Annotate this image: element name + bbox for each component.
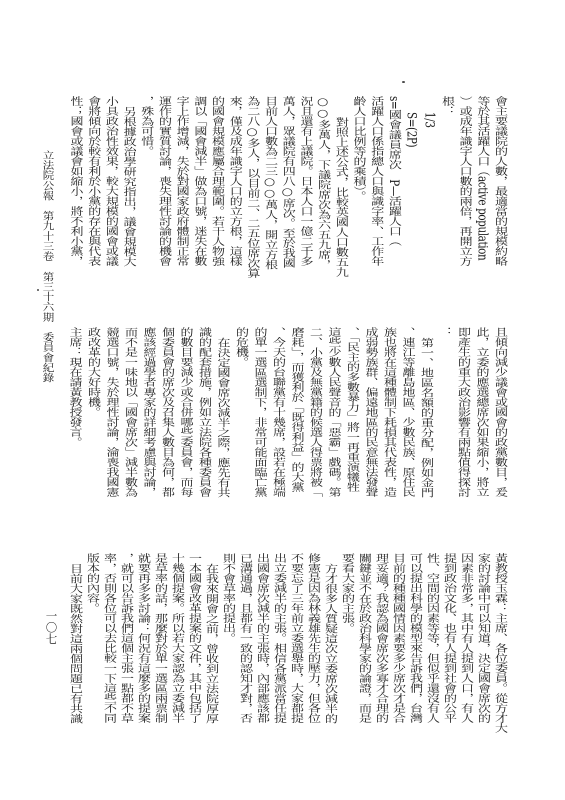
scan-noise-dot: [37, 289, 39, 291]
text-column: 性；國會或議會如縮小，將不利小黨，: [64, 96, 82, 324]
lower-text-band: 黃教授玉霖：主席、各位委員。從方才大家的討論中可以知道，決定國會席次的因素非常多…: [62, 553, 506, 775]
text-column: ，就可以告訴我們這個主張一點都不草: [115, 553, 132, 781]
page-number: 一〇七: [45, 610, 57, 645]
text-column: 率，否則各位可以去比較一下這些不同: [98, 553, 115, 781]
text-column: 萬人，眾議院有四八○席次。至於我國: [276, 96, 294, 324]
upper-text-band: 會主要議院的人數，最適當的規模約略等於其活躍人口（active populati…: [62, 96, 506, 308]
text-column: 不要忘了三年前立委選舉時，大家都提: [285, 553, 302, 781]
text-column: 1/3: [418, 96, 436, 340]
text-column: ）或成年識字人口數的兩倍，再開立方: [453, 96, 471, 324]
text-column: 的國會規模應屬合理範圍。若干人物強: [205, 96, 223, 324]
text-column: 提到政治文化、也有人提到社會的公平: [438, 553, 455, 781]
text-column: 字上作增減，失於對國家政府體制正常: [170, 96, 188, 324]
text-column: 則不會草率的提出。: [217, 553, 234, 781]
text-column: 可以提出科學的模型來告訴我們，台灣: [404, 553, 421, 781]
text-column: 齡人口比例等的乘積）。: [347, 96, 365, 324]
text-column: 、「民主的多數暴力」將一再重演犧牲: [340, 327, 359, 555]
text-column: 小具政治性效果，較大規模的國會或議: [99, 96, 117, 324]
text-column: 應該經過學者專家的詳細考慮與討論，: [136, 327, 155, 555]
text-column: 而不是一味地以「國會席次」減半數為: [118, 327, 137, 555]
text-column: 磨耗」，而獲利於「既得利益」的大黨: [284, 327, 303, 555]
text-column: 第一、地區名額的重分配，例如金門: [414, 327, 433, 565]
text-column: 來，僅及成年識字人口的立方根，這樣: [223, 96, 241, 324]
text-column: 理妥適？我認為國會席次多寡才合理的: [370, 553, 387, 781]
text-column: 因素非常多，其中有人提到人口，有人: [455, 553, 472, 781]
text-column: 且傾向減少議會或國會的政黨數目，爰: [488, 327, 507, 555]
text-column: 調以「國會減半」做為口號，迷失在數: [188, 96, 206, 324]
text-column: 已溝通過，且都有一致的認知才對，否: [234, 553, 251, 781]
text-column: 方才很多人質疑這次立委席次減半的: [319, 553, 336, 791]
text-column: s=國會議員席次 P—活躍人口（: [382, 96, 400, 324]
text-column: 族也將在這種體制下耗損其代表性，造: [377, 327, 396, 555]
text-column: 政改革的大好時機。: [81, 327, 100, 555]
text-column: 即產生的重大政治影響有兩點值得探討: [451, 327, 470, 555]
text-column: 關鍵並不在於政治科學家的論證，而是: [353, 553, 370, 781]
text-column: 二、小黨及無黨籍的候選人得票將被「: [303, 327, 322, 555]
text-column: 在我來開會之前，曾收到立法院厚厚: [200, 553, 217, 791]
text-column: 的數目要減少或合併哪些委員會，而每: [173, 327, 192, 555]
text-column: 出國會席次減半的主張時，內部應該都: [251, 553, 268, 781]
text-column: 識的配套措施，例如立法院各種委員會: [192, 327, 211, 555]
text-column: 目前大家既然對這兩個問題已有共識: [64, 553, 81, 791]
text-column: 的危機。: [229, 327, 248, 555]
text-column: 黃教授玉霖：主席、各位委員。從方才大: [489, 553, 506, 781]
text-column: 十幾個提案。所以若大家認為立委減半: [166, 553, 183, 781]
text-column: 成弱勢族群、偏遠地區的民意無法發聲: [358, 327, 377, 555]
text-column: 是草率的話，那麼對於單一選區兩票制: [149, 553, 166, 781]
text-column: 為二八○多人，以目前二、二五位席次算: [241, 96, 259, 324]
text-column: 活躍人口係指總人口與識字率、工作年: [365, 96, 383, 324]
text-column: 修憲是因為林義雄先生的壓力，但各位: [302, 553, 319, 781]
text-column: 性、空間的因素等等，但似乎還沒有人: [421, 553, 438, 781]
text-column: 一本國會改革提案的文件，其中包括了: [183, 553, 200, 781]
text-column: S=(2P): [400, 96, 418, 340]
text-column: 的單一選區選制下，非常可能面臨亡黨: [247, 327, 266, 555]
text-column: ○○多萬人，下議院席次為六五九席，: [311, 96, 329, 324]
text-column: 會將傾向於較有利於小黨的存在與代表: [82, 96, 100, 324]
text-column: 在決定國會席次減半之際，應先有共: [210, 327, 229, 565]
text-column: 競選口號，失於理性討論，淪喪我國憲: [99, 327, 118, 555]
text-column: 運作的實質討論，喪失理性討論的機會: [152, 96, 170, 324]
text-column: 、連江等離島地區、少數民族、原住民: [395, 327, 414, 555]
margin-caption: 立法院公報 第九十三卷 第三十六期 委員會紀錄: [42, 150, 54, 414]
text-column: 這些少數人民聲音的「惡霸」戲碼。第: [321, 327, 340, 555]
text-column: 主席：現在請黃教授發言。: [62, 327, 81, 555]
text-column: 要看大家的主張。: [336, 553, 353, 781]
text-column: 家的討論中可以知道，決定國會席次的: [472, 553, 489, 781]
text-column: 目前人口數為二三○○萬人，開立方根: [258, 96, 276, 324]
text-column: 個委員會的席次及召集人數目為何，都: [155, 327, 174, 555]
text-column: 等於其活躍人口（active population: [471, 96, 489, 324]
text-column: ，殊為可惜。: [135, 96, 153, 324]
scan-noise-dot: [402, 81, 405, 83]
text-column: 版本的內容。: [81, 553, 98, 781]
text-column: 此，立委的應選總席次如果縮小，將立: [469, 327, 488, 555]
text-column: 況且還有上議院。日本人口一億二千多: [294, 96, 312, 324]
text-column: 就要再多多討論：何況有這麼多的提案: [132, 553, 149, 781]
text-column: 出立委減半的主張。相信各黨派當任提: [268, 553, 285, 781]
text-column: 會主要議院的人數，最適當的規模約略: [488, 96, 506, 324]
middle-text-band: 且傾向減少議會或國會的政黨數目，爰此，立委的應選總席次如果縮小，將立即產生的重大…: [62, 327, 506, 539]
text-column: ：: [432, 327, 451, 555]
text-column: 另根據政治學研究指出，議會規模大: [117, 96, 135, 334]
text-column: 根：: [435, 96, 453, 324]
gazette-page: 立法院公報 第九十三卷 第三十六期 委員會紀錄 一〇七 會主要議院的人數，最適當…: [0, 0, 565, 800]
text-column: 、今天的台聯黨有十幾席，設若在極端: [266, 327, 285, 555]
text-column: 對照上述公式，比較英國人口數五九: [329, 96, 347, 345]
text-column: 目前的種種國情因素要多少席次才是合: [387, 553, 404, 781]
